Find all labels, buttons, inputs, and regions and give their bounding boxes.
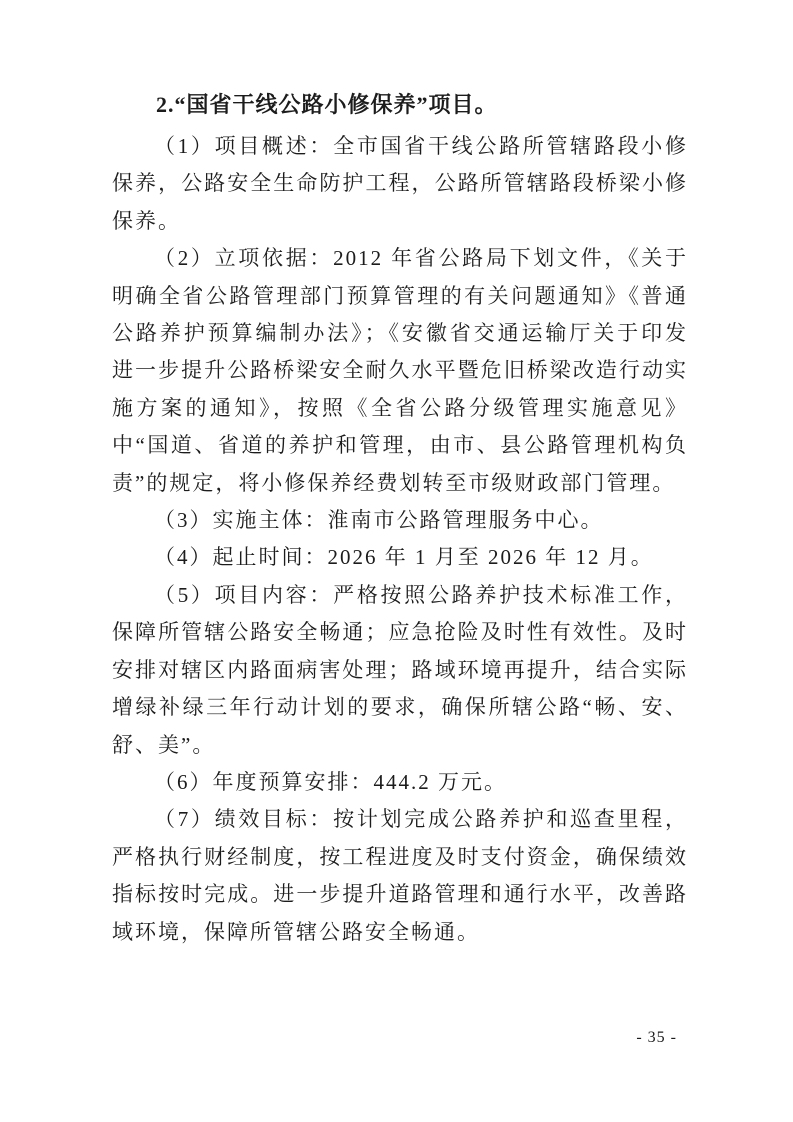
section-heading: 2.“国省干线公路小修保养”项目。: [112, 86, 688, 123]
document-body: 2.“国省干线公路小修保养”项目。 （1）项目概述：全市国省干线公路所管辖路段小…: [112, 86, 688, 951]
paragraph-performance-target: （7）绩效目标：按计划完成公路养护和巡查里程，严格执行财经制度，按工程进度及时支…: [112, 801, 688, 951]
paragraph-project-overview: （1）项目概述：全市国省干线公路所管辖路段小修保养，公路安全生命防护工程，公路所…: [112, 128, 688, 240]
paragraph-time-period: （4）起止时间：2026 年 1 月至 2026 年 12 月。: [112, 539, 688, 576]
paragraph-implementing-body: （3）实施主体：淮南市公路管理服务中心。: [112, 502, 688, 539]
paragraph-project-basis: （2）立项依据：2012 年省公路局下划文件，《关于明确全省公路管理部门预算管理…: [112, 240, 688, 502]
paragraph-project-content: （5）项目内容：严格按照公路养护技术标准工作，保障所管辖公路安全畅通；应急抢险及…: [112, 577, 688, 764]
page-number: - 35 -: [636, 1028, 677, 1048]
paragraph-annual-budget: （6）年度预算安排：444.2 万元。: [112, 764, 688, 801]
document-page: 2.“国省干线公路小修保养”项目。 （1）项目概述：全市国省干线公路所管辖路段小…: [0, 0, 793, 1122]
